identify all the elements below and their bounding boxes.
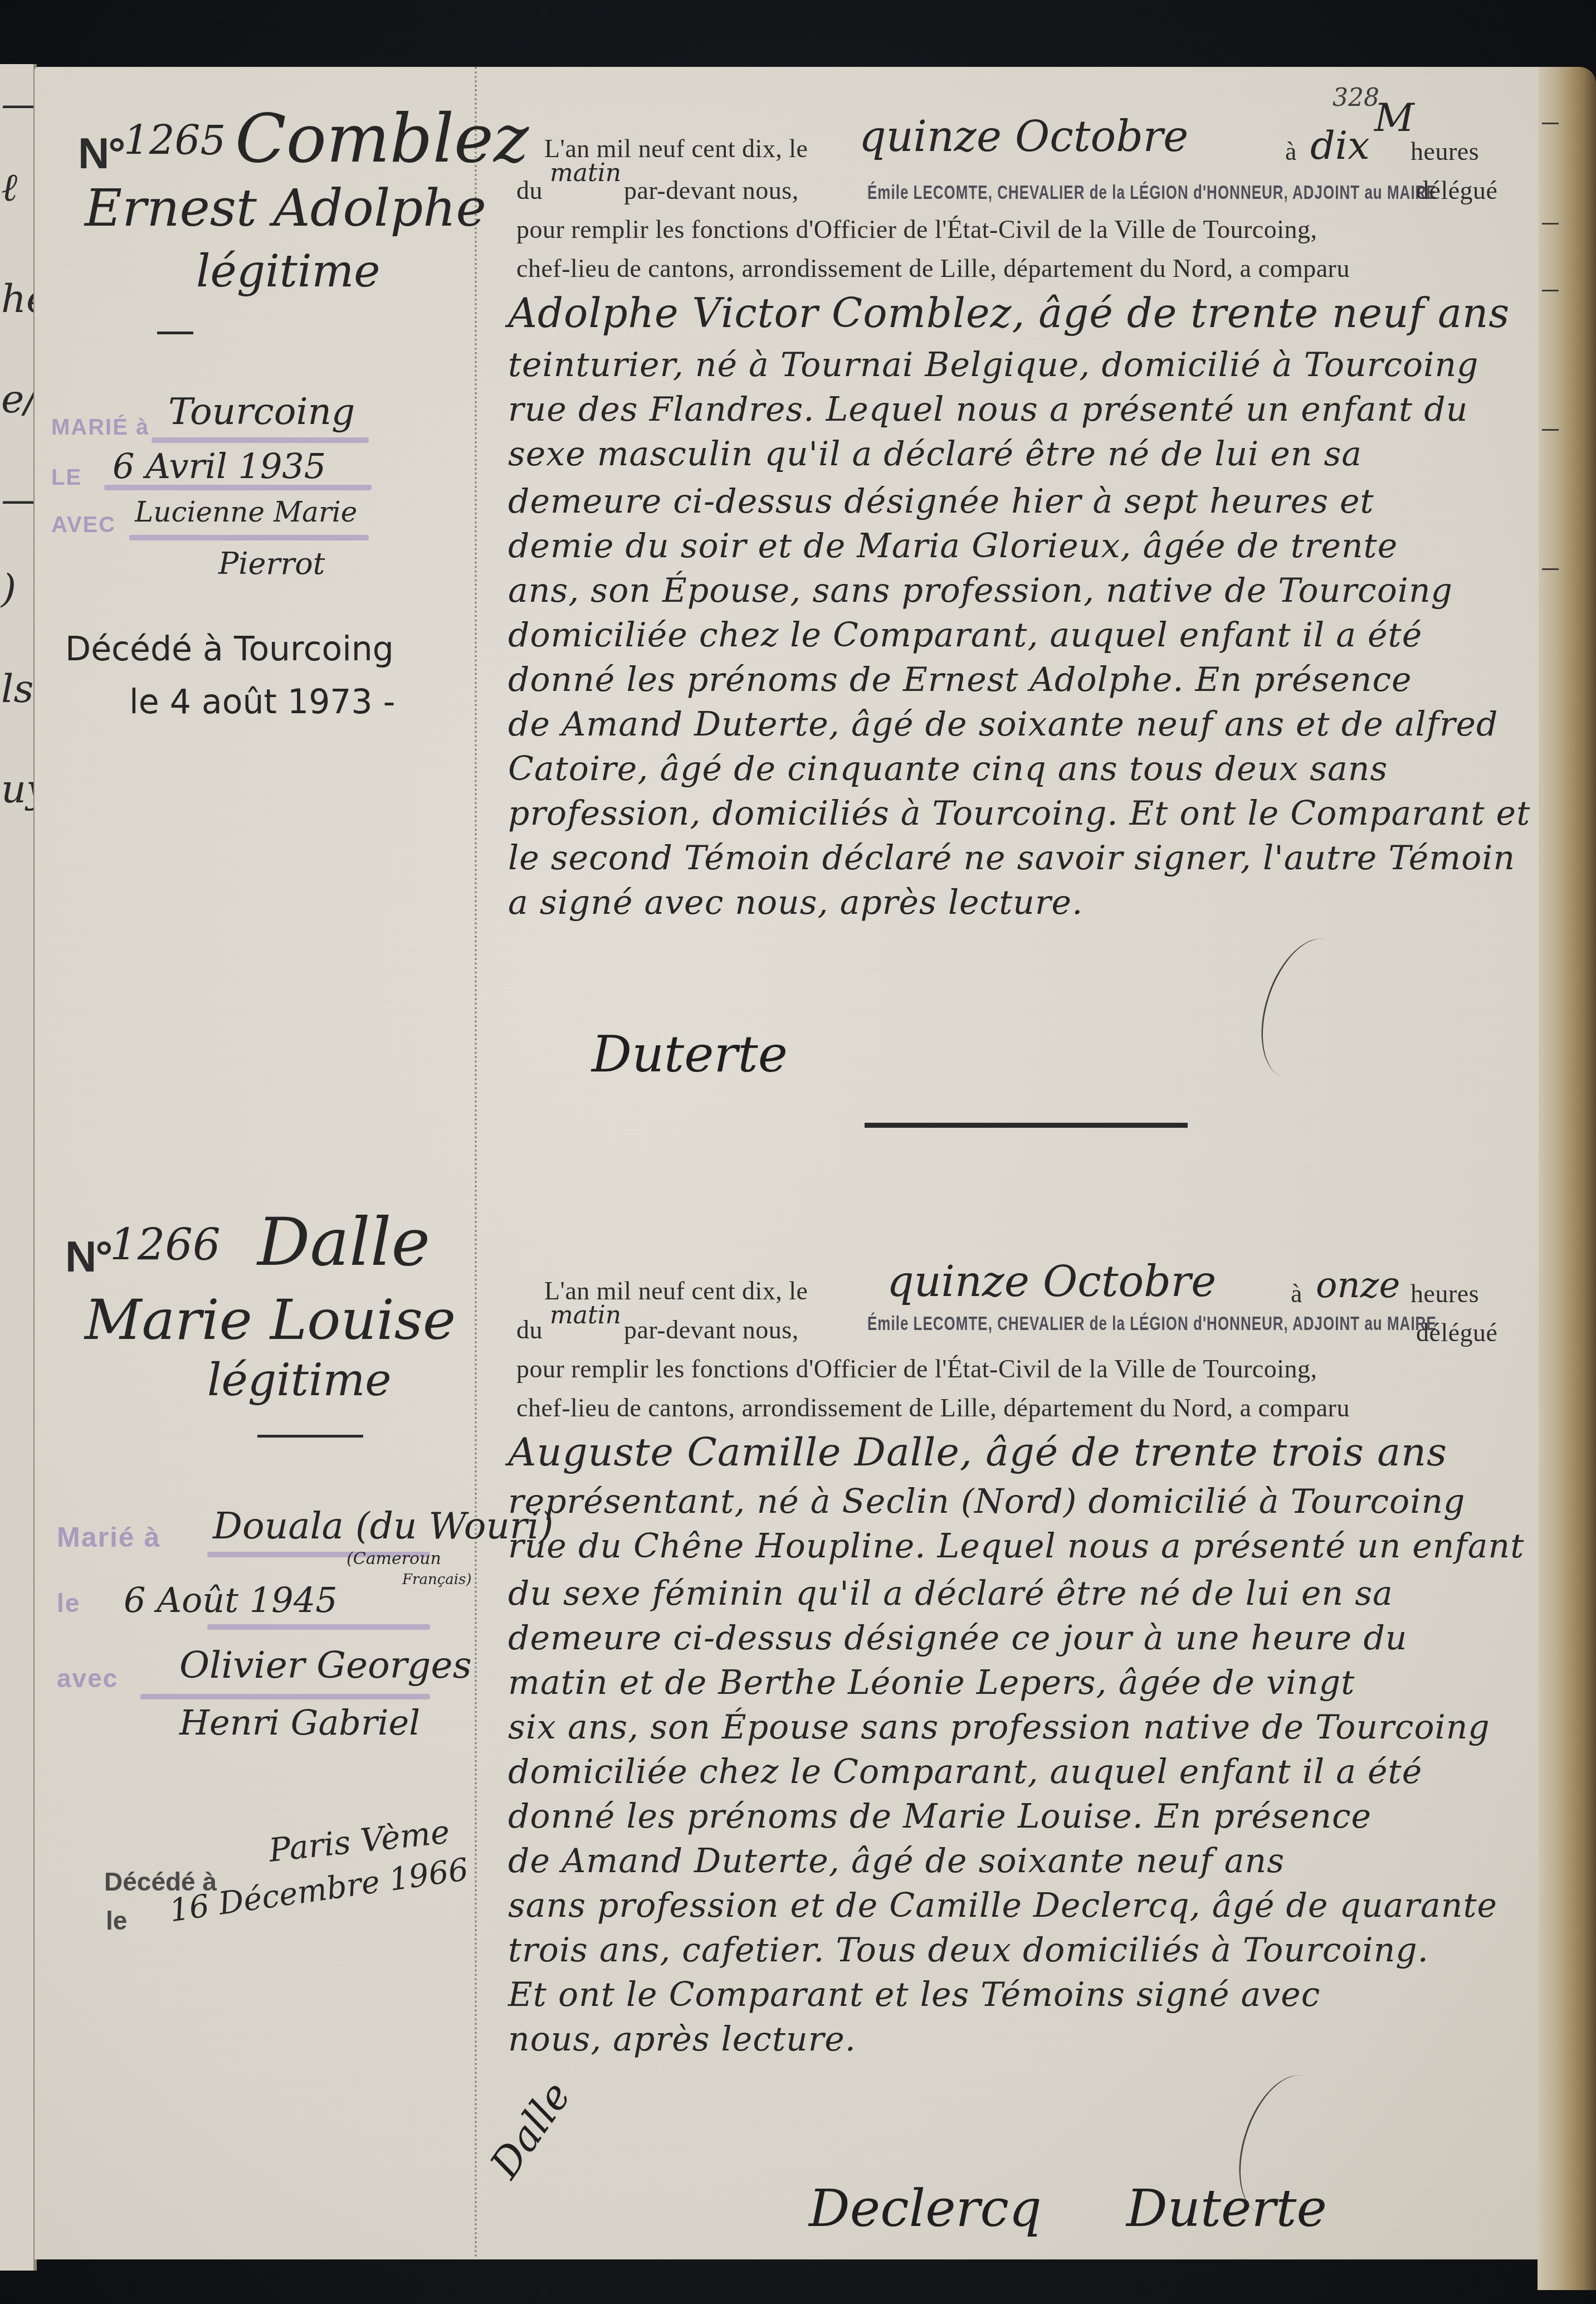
signature-witness: Duterte — [592, 1025, 788, 1084]
printed-header-line-3: pour remplir les fonctions d'Officier de… — [516, 1354, 1317, 1384]
marriage-spouse-rule — [129, 535, 369, 540]
officer-stamp: Émile LECOMTE, CHEVALIER de la LÉGION d'… — [867, 181, 1437, 204]
prev-page-fragment: ls — [1, 666, 33, 712]
marriage-place-note-2: Français) — [402, 1571, 472, 1588]
body-line: sans profession et de Camille Declercq, … — [508, 1886, 1497, 1925]
record-separator — [865, 1123, 1188, 1128]
marriage-spouse-rule — [140, 1694, 430, 1699]
body-line: teinturier, né à Tournai Belgique, domic… — [508, 345, 1478, 384]
page-edge-mark — [1542, 290, 1559, 291]
printed-header-line-2c: délégué — [1416, 1318, 1498, 1347]
previous-page-edge: — ℓ he e/ — ) ls uy — [0, 64, 37, 2271]
marriage-place-note-1: (Cameroun — [346, 1549, 441, 1569]
marriage-place-rule — [152, 437, 369, 443]
record-surname: Dalle — [257, 1204, 430, 1280]
status-underline — [157, 332, 193, 334]
body-line: Auguste Camille Dalle, âgé de trente tro… — [508, 1429, 1447, 1475]
body-line: ans, son Épouse, sans profession, native… — [508, 571, 1453, 610]
page-stack-edge — [1538, 67, 1596, 2290]
printed-header-line-1b: à — [1285, 137, 1297, 166]
spouse-name-line-2: Henri Gabriel — [179, 1702, 420, 1743]
printed-header-line-2b: par-devant nous, — [624, 176, 799, 205]
body-line: rue du Chêne Houpline. Lequel nous a pré… — [508, 1527, 1524, 1566]
entry-number: N° — [65, 1231, 112, 1282]
period-handwritten: matin — [550, 159, 621, 187]
body-line: domiciliée chez le Comparant, auquel enf… — [508, 616, 1422, 655]
date-handwritten: quinze Octobre — [859, 111, 1188, 161]
printed-header-line-1c: heures — [1410, 137, 1479, 166]
spouse-name-line-2: Pierrot — [218, 546, 325, 581]
printed-header-line-2a: du — [516, 176, 543, 205]
body-line: demeure ci-dessus désignée hier à sept h… — [508, 482, 1374, 521]
body-line: domiciliée chez le Comparant, auquel enf… — [508, 1752, 1422, 1791]
entry-number: N° — [78, 128, 125, 179]
entry-number-value: 1266 — [110, 1220, 221, 1270]
death-date-label: le — [106, 1906, 127, 1936]
marriage-spouse-label: AVEC — [51, 513, 116, 538]
printed-header-line-1b: à — [1291, 1279, 1302, 1308]
marriage-place: Douala (du Wouri) — [213, 1504, 553, 1547]
body-line: Catoire, âgé de cinquante cinq ans tous … — [508, 749, 1388, 788]
prev-page-fragment: ℓ — [1, 164, 17, 211]
body-line: trois ans, cafetier. Tous deux domicilié… — [508, 1931, 1429, 1970]
date-handwritten: quinze Octobre — [887, 1256, 1216, 1306]
body-line: profession, domiciliés à Tourcoing. Et o… — [508, 794, 1530, 833]
body-line: sexe masculin qu'il a déclaré être né de… — [508, 435, 1362, 474]
entry-number-prefix: N° — [78, 129, 125, 178]
body-line: Et ont le Comparant et les Témoins signé… — [508, 1975, 1320, 2014]
marriage-place: Tourcoing — [168, 390, 355, 433]
hour-handwritten: dix — [1310, 123, 1370, 168]
body-line: nous, après lecture. — [508, 2020, 856, 2059]
marriage-date: 6 Août 1945 — [124, 1580, 338, 1620]
entry-number-value: 1265 — [124, 117, 226, 164]
body-line: rue des Flandres. Lequel nous a présenté… — [508, 390, 1468, 429]
prev-page-fragment: he — [1, 276, 37, 322]
body-line: le second Témoin déclaré ne savoir signe… — [508, 839, 1515, 878]
prev-page-fragment: ) — [1, 566, 16, 611]
period-handwritten: matin — [550, 1301, 621, 1329]
body-line: a signé avec nous, après lecture. — [508, 883, 1083, 922]
page-edge-mark — [1542, 223, 1559, 225]
page-edge-mark — [1542, 123, 1559, 124]
officer-stamp: Émile LECOMTE, CHEVALIER de la LÉGION d'… — [867, 1312, 1437, 1336]
hour-handwritten: onze — [1316, 1265, 1400, 1306]
marriage-date-label: LE — [51, 465, 82, 490]
printed-header-line-2b: par-devant nous, — [624, 1315, 799, 1345]
body-line: demie du soir et de Maria Glorieux, âgée… — [508, 527, 1398, 566]
printed-header-line-1c: heures — [1410, 1279, 1479, 1308]
margin-dotted-line — [475, 67, 477, 2259]
marriage-date: 6 Avril 1935 — [113, 446, 326, 486]
body-line: donné les prénoms de Marie Louise. En pr… — [508, 1797, 1372, 1836]
spouse-name-line-1: Lucienne Marie — [135, 496, 357, 528]
signature-witness-1: Declercq — [809, 2179, 1042, 2238]
body-line: demeure ci-dessus désignée ce jour à une… — [508, 1619, 1407, 1658]
entry-number-prefix: N° — [65, 1232, 112, 1281]
spouse-name-line-1: Olivier Georges — [179, 1644, 472, 1687]
death-annotation-line-1: Décédé à Tourcoing — [65, 630, 394, 669]
body-line: Adolphe Victor Comblez, âgé de trente ne… — [508, 290, 1510, 337]
register-page: N° 1265 Comblez Ernest Adolphe légitime … — [35, 67, 1539, 2259]
page-edge-mark — [1542, 429, 1559, 431]
signature-declarant: Dalle — [481, 2073, 579, 2186]
body-line: de Amand Duterte, âgé de soixante neuf a… — [508, 1842, 1285, 1881]
printed-header-line-2a: du — [516, 1315, 543, 1345]
body-line: du sexe féminin qu'il a déclaré être né … — [508, 1574, 1393, 1613]
record-given-names: Ernest Adolphe — [85, 178, 486, 238]
record-status: légitime — [196, 245, 380, 297]
page-edge-mark — [1542, 568, 1559, 570]
record-status: légitime — [207, 1354, 392, 1406]
folio-initials: M — [1374, 95, 1414, 140]
marriage-stamp-label: Marié à — [57, 1521, 160, 1553]
marriage-date-rule — [207, 1624, 430, 1630]
death-annotation-line-2: le 4 août 1973 - — [129, 683, 395, 722]
body-line: représentant, né à Seclin (Nord) domicil… — [508, 1482, 1465, 1521]
marriage-spouse-label: avec — [57, 1663, 118, 1693]
printed-header-line-4: chef-lieu de cantons, arrondissement de … — [516, 1393, 1350, 1423]
prev-page-fragment: — — [1, 476, 37, 522]
marriage-stamp-label: MARIÉ à — [51, 415, 149, 440]
prev-page-fragment: e/ — [1, 376, 37, 422]
prev-page-fragment: — — [1, 81, 37, 126]
officer-paraph — [1245, 927, 1365, 1089]
prev-page-fragment: uy — [1, 766, 37, 812]
body-line: six ans, son Épouse sans profession nati… — [508, 1708, 1490, 1747]
body-line: donné les prénoms de Ernest Adolphe. En … — [508, 660, 1412, 699]
status-underline — [257, 1435, 363, 1438]
printed-header-line-2c: délégué — [1416, 176, 1498, 205]
record-given-names: Marie Louise — [85, 1287, 456, 1352]
marriage-date-label: le — [57, 1588, 80, 1618]
body-line: matin et de Berthe Léonie Lepers, âgée d… — [508, 1663, 1355, 1702]
body-line: de Amand Duterte, âgé de soixante neuf a… — [508, 705, 1499, 744]
printed-header-line-4: chef-lieu de cantons, arrondissement de … — [516, 254, 1350, 283]
record-surname: Comblez — [235, 100, 529, 178]
folio-note: 328 — [1333, 84, 1379, 112]
printed-header-line-3: pour remplir les fonctions d'Officier de… — [516, 215, 1317, 244]
